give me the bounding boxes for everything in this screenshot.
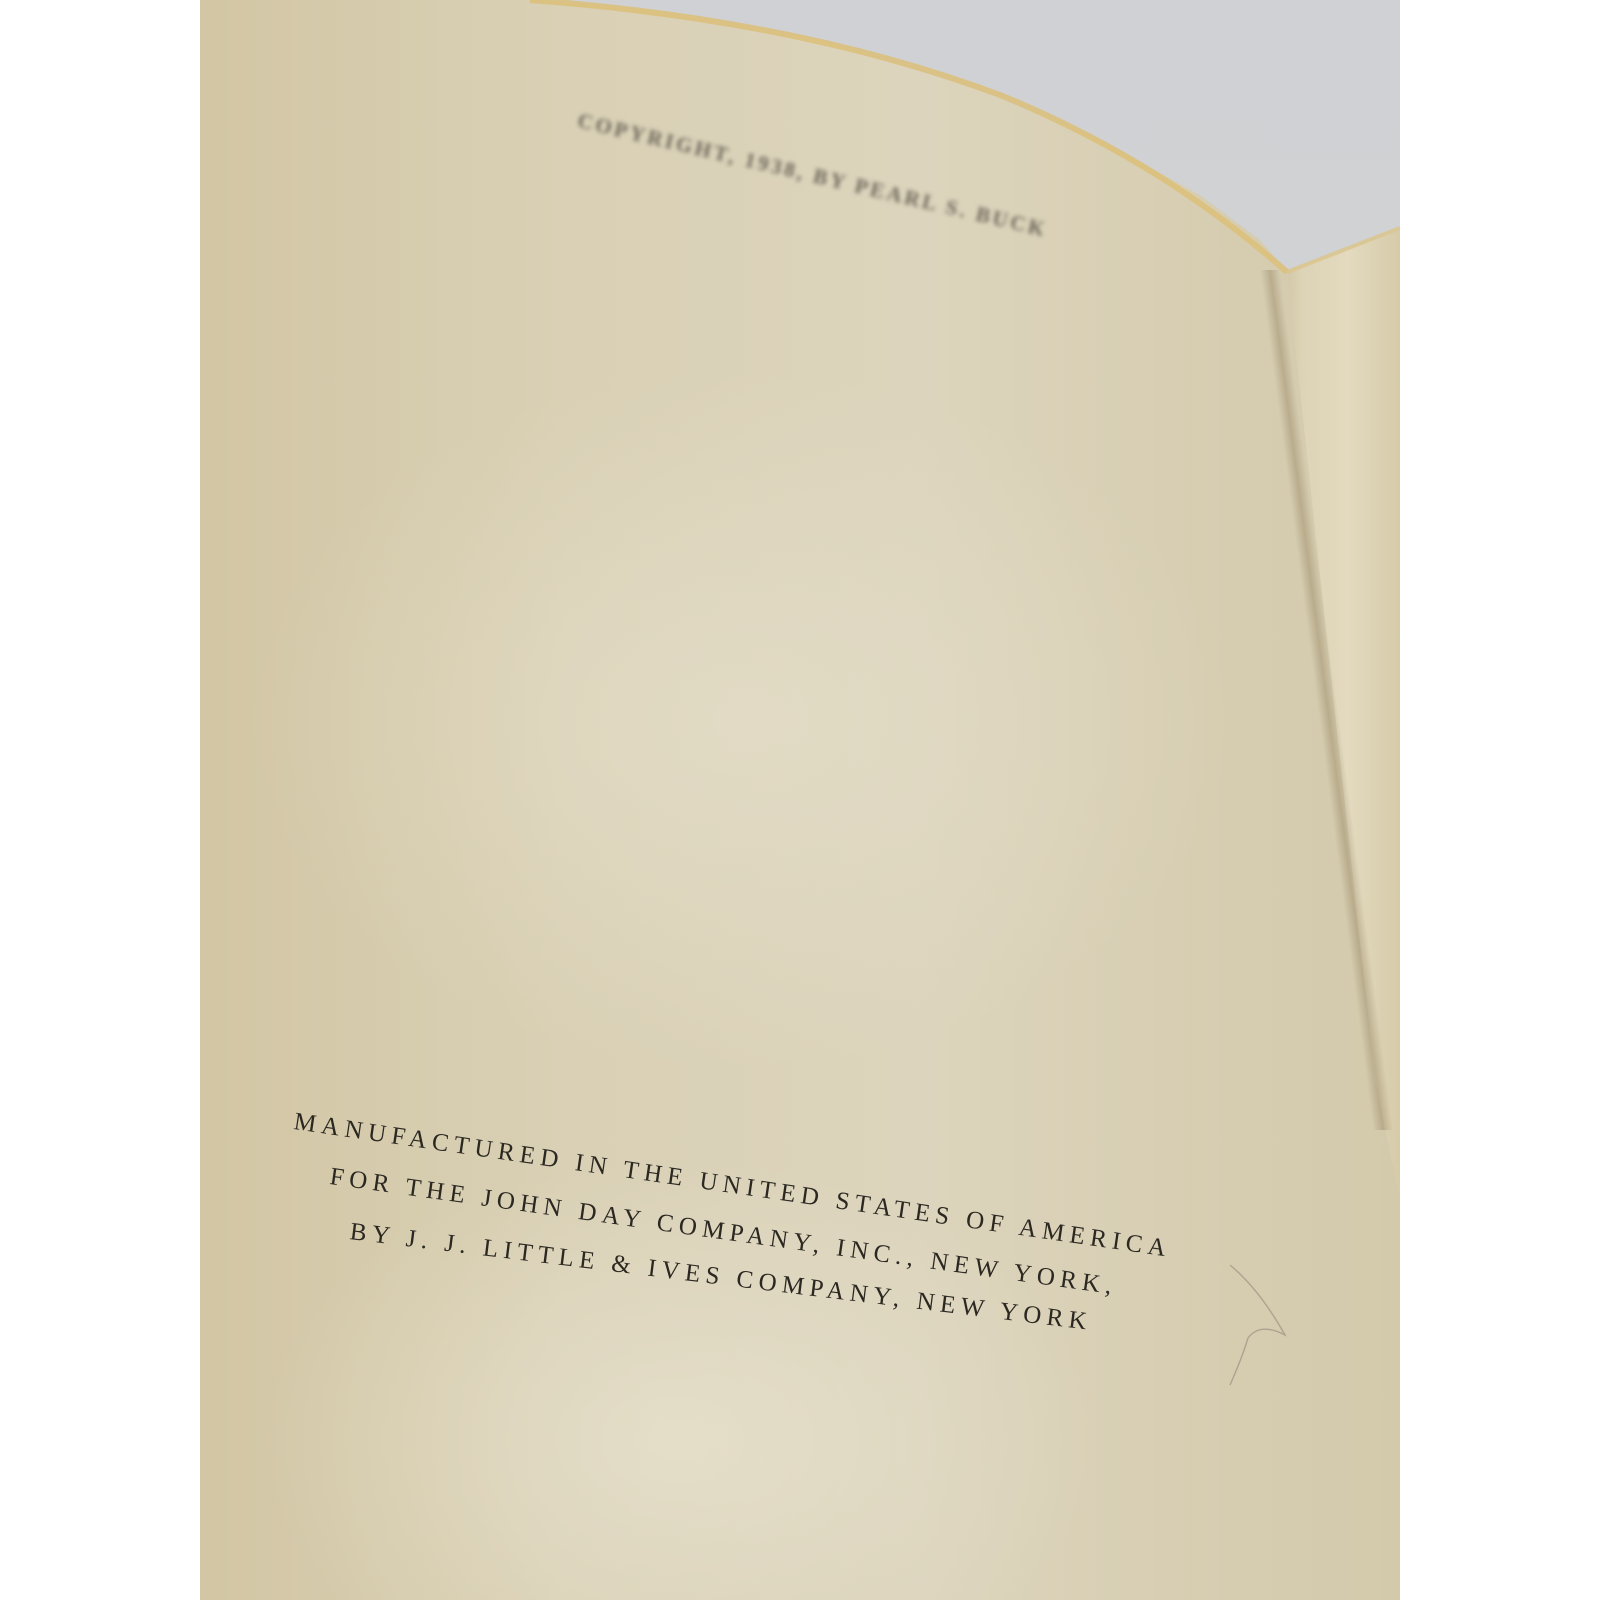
book-photo: COPYRIGHT, 1938, BY PEARL S. BUCK MANUFA…	[200, 0, 1400, 1600]
copyright-page	[200, 0, 1400, 1600]
